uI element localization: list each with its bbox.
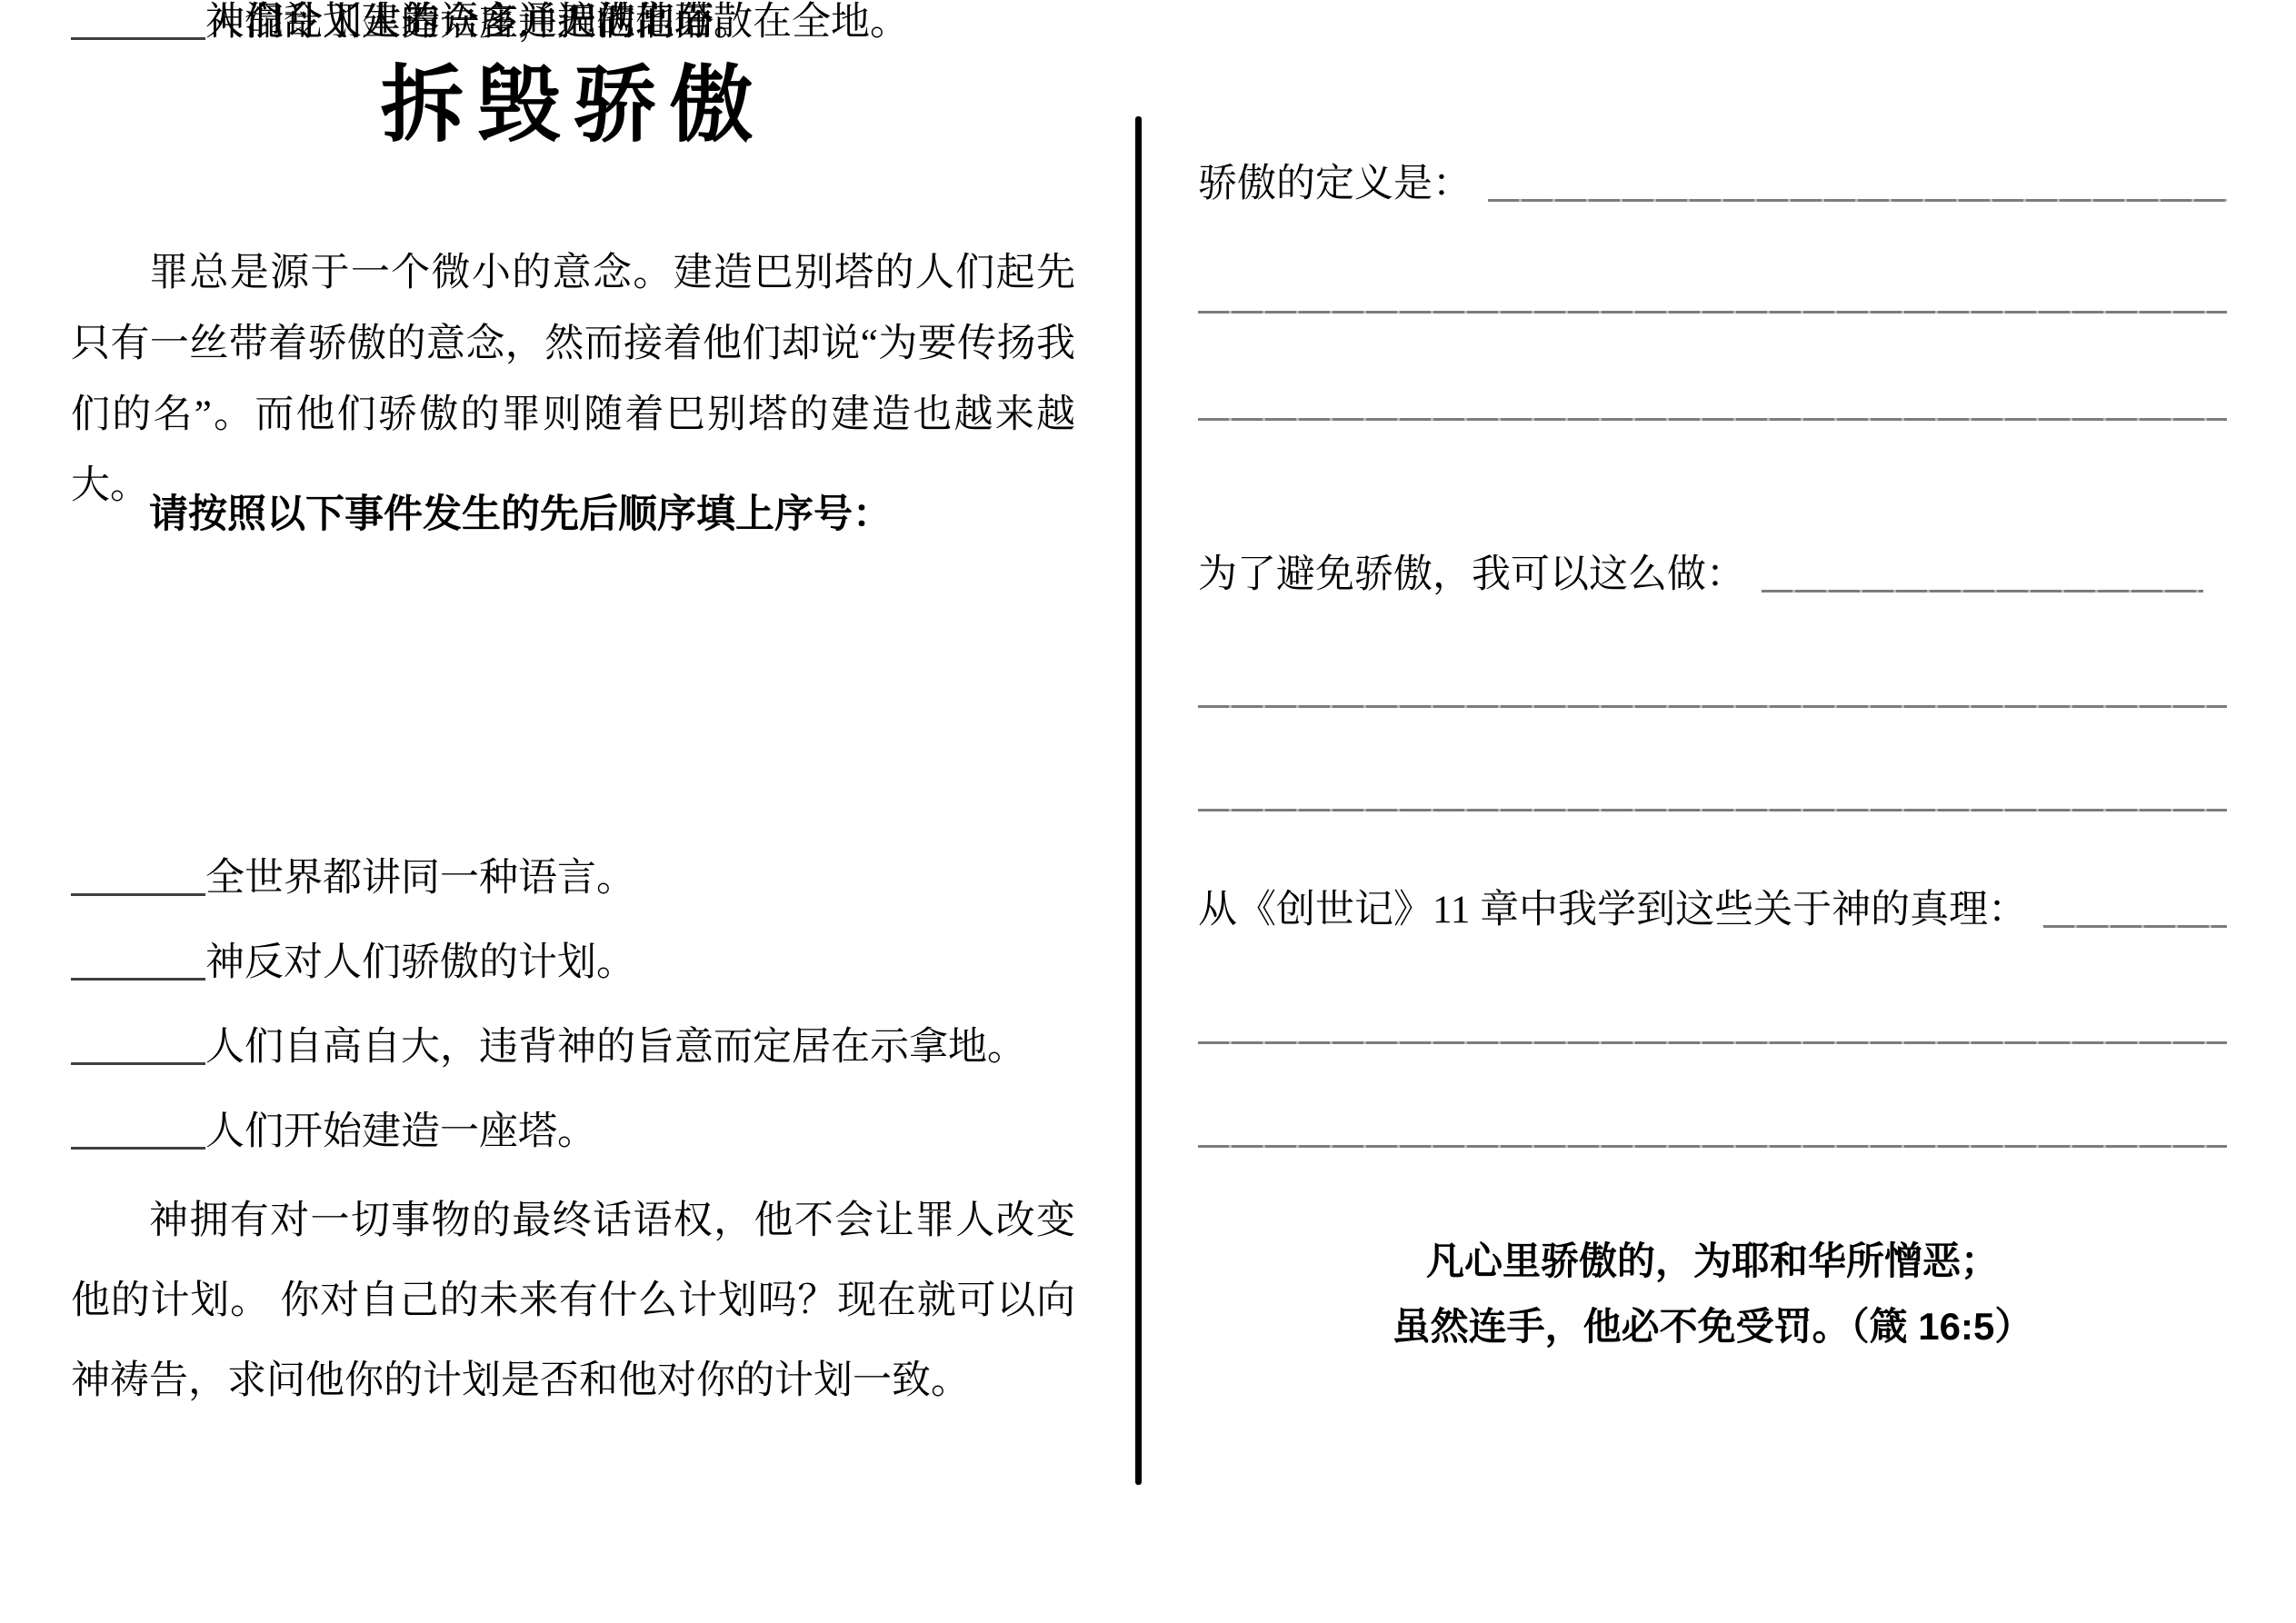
sequence-number-blank-1[interactable] xyxy=(71,893,205,896)
sequence-item-text: 人们自高自大，违背神的旨意而定居在示拿地。 xyxy=(205,1026,1026,1069)
worksheet-page: 拆毁骄傲 罪总是源于一个微小的意念。建造巴别塔的人们起先只有一丝带着骄傲的意念，… xyxy=(0,0,2296,1623)
sequence-item: 人们开始建造一座塔。 xyxy=(71,1110,1075,1155)
sequence-instruction-heading: 请按照以下事件发生的先后顺序填上序号： xyxy=(71,489,1075,542)
pride-definition-answer-line[interactable] xyxy=(1198,418,2227,421)
memory-verse-line-1: 凡心里骄傲的，为耶和华所憎恶； xyxy=(1198,1229,2227,1294)
genesis-truths-label: 从《创世记》11 章中我学到这些关于神的真理： xyxy=(1198,886,2027,935)
closing-paragraph: 神拥有对一切事物的最终话语权，他不会让罪人改变他的计划。 你对自己的未来有什么计… xyxy=(71,1181,1075,1421)
intro-paragraph: 罪总是源于一个微小的意念。建造巴别塔的人们起先只有一丝带着骄傲的意念，然而接着他… xyxy=(71,238,1075,522)
sequence-number-blank-2[interactable] xyxy=(71,978,205,981)
sequence-item: 神反对人们骄傲的计划。 xyxy=(71,941,1075,986)
pride-definition-answer-line[interactable] xyxy=(1488,199,2227,202)
question-pride-definition: 骄傲的定义是： xyxy=(1198,160,2227,209)
column-divider-line xyxy=(1135,116,1142,1485)
sequence-item-text: 神反对人们骄傲的计划。 xyxy=(205,941,635,984)
sequence-item-text: 全世界都讲同一种语言。 xyxy=(205,857,635,900)
question-genesis-truths: 从《创世记》11 章中我学到这些关于神的真理： xyxy=(1198,886,2227,935)
pride-definition-answer-line[interactable] xyxy=(1198,311,2227,314)
avoid-pride-answer-line[interactable] xyxy=(1762,590,2203,592)
left-column: 拆毁骄傲 罪总是源于一个微小的意念。建造巴别塔的人们起先只有一丝带着骄傲的意念，… xyxy=(71,0,1075,1623)
page-title: 拆毁骄傲 xyxy=(71,51,1075,160)
avoid-pride-answer-line[interactable] xyxy=(1198,809,2227,811)
sequence-item-text: 神命令人生养众多，遍满地面。 xyxy=(205,1,753,44)
genesis-truths-answer-line[interactable] xyxy=(2043,925,2227,928)
sequence-item-text: 人们开始建造一座塔。 xyxy=(205,1110,596,1153)
sequence-item: 神命令人生养众多，遍满地面。 xyxy=(71,0,1075,45)
sequence-item: 全世界都讲同一种语言。 xyxy=(71,856,1075,901)
question-avoid-pride: 为了避免骄傲，我可以这么做： xyxy=(1198,551,2227,600)
memory-verse-line-2: 虽然连手，他必不免受罚。（箴 16:5） xyxy=(1198,1294,2227,1359)
sequence-number-blank-4[interactable] xyxy=(71,1147,205,1150)
pride-definition-label: 骄傲的定义是： xyxy=(1198,160,1472,209)
avoid-pride-answer-line[interactable] xyxy=(1198,705,2227,708)
genesis-truths-answer-line[interactable] xyxy=(1198,1145,2227,1148)
sequence-number-blank-7[interactable] xyxy=(71,37,205,40)
sequence-item: 人们自高自大，违背神的旨意而定居在示拿地。 xyxy=(71,1025,1075,1070)
genesis-truths-answer-line[interactable] xyxy=(1198,1041,2227,1044)
avoid-pride-label: 为了避免骄傲，我可以这么做： xyxy=(1198,551,1745,600)
sequence-number-blank-3[interactable] xyxy=(71,1062,205,1065)
memory-verse: 凡心里骄傲的，为耶和华所憎恶； 虽然连手，他必不免受罚。（箴 16:5） xyxy=(1198,1229,2227,1359)
right-column: 骄傲的定义是： 为了避免骄傲，我可以这么做： 从《创世记》11 章中我学到这些关… xyxy=(1198,0,2236,1623)
